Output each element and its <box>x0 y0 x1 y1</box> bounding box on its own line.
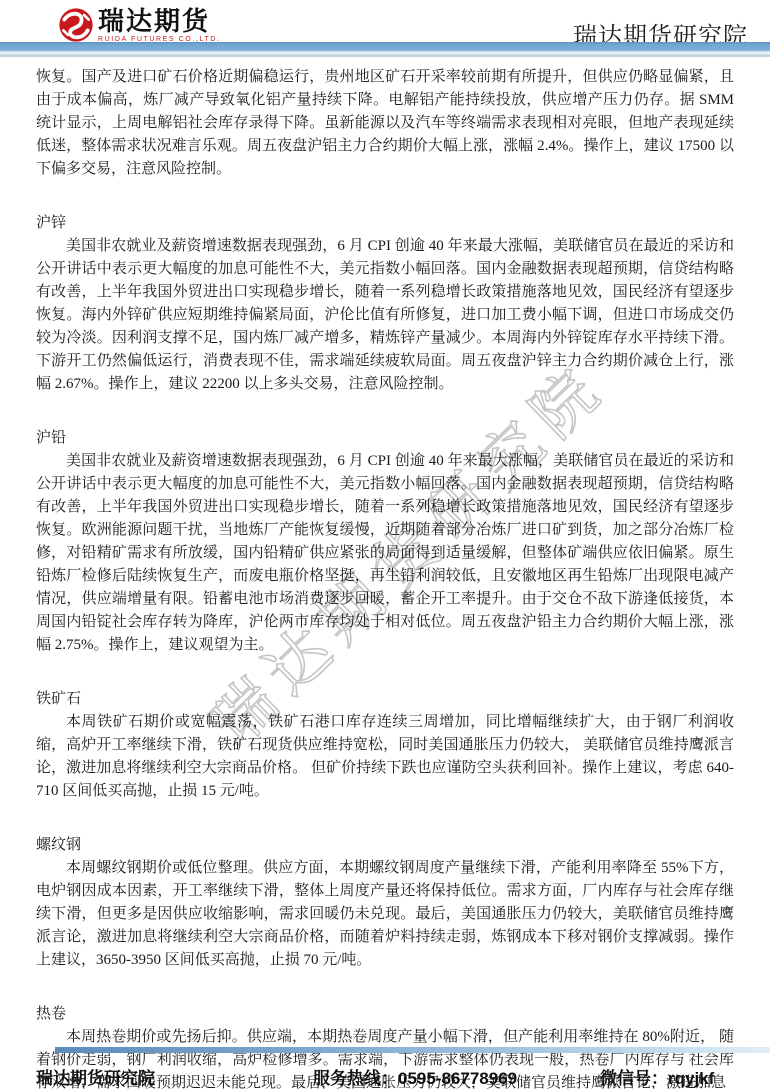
section-zinc: 沪锌 美国非农就业及薪资增速数据表现强劲，6 月 CPI 创逾 40 年来最大涨… <box>36 212 734 396</box>
page-header: 瑞达期货 RUIDA FUTURES CO.,LTD. 瑞达期货研究院 <box>0 0 770 42</box>
report-page: 瑞达期货 RUIDA FUTURES CO.,LTD. 瑞达期货研究院 瑞达期货… <box>0 0 770 1089</box>
section-body: 本周铁矿石期价或宽幅震荡，铁矿石港口库存连续三周增加，同比增幅继续扩大，由于钢厂… <box>36 711 734 803</box>
section-heading: 螺纹钢 <box>36 834 734 857</box>
footer-hotline: 服务热线：0595-86778969 <box>313 1064 517 1089</box>
brand-name: 瑞达期货 <box>98 7 221 35</box>
footer-divider-bar <box>55 1047 770 1053</box>
brand-logo: 瑞达期货 RUIDA FUTURES CO.,LTD. <box>58 7 221 43</box>
footer-institute: 瑞达期货研究院 <box>36 1064 155 1089</box>
section-heading: 热卷 <box>36 1003 734 1026</box>
footer-wechat-id: 微信号：rqyjkf <box>600 1064 714 1089</box>
page-footer: 瑞达期货研究院 服务热线：0595-86778969 微信号：rqyjkf <box>0 1060 770 1089</box>
section-iron-ore: 铁矿石 本周铁矿石期价或宽幅震荡，铁矿石港口库存连续三周增加，同比增幅继续扩大，… <box>36 688 734 803</box>
header-divider-bar <box>0 42 770 57</box>
brand-text: 瑞达期货 RUIDA FUTURES CO.,LTD. <box>98 7 221 43</box>
section-heading: 铁矿石 <box>36 688 734 711</box>
section-body: 美国非农就业及薪资增速数据表现强劲，6 月 CPI 创逾 40 年来最大涨幅，美… <box>36 450 734 657</box>
section-rebar: 螺纹钢 本周螺纹钢期价或低位整理。供应方面，本期螺纹钢周度产量继续下滑，产能利用… <box>36 834 734 972</box>
section-lead: 沪铅 美国非农就业及薪资增速数据表现强劲，6 月 CPI 创逾 40 年来最大涨… <box>36 427 734 657</box>
section-body: 美国非农就业及薪资增速数据表现强劲，6 月 CPI 创逾 40 年来最大涨幅，美… <box>36 235 734 396</box>
intro-paragraph: 恢复。国产及进口矿石价格近期偏稳运行，贵州地区矿石开采率较前期有所提升，但供应仍… <box>36 66 734 181</box>
section-body: 本周螺纹钢期价或低位整理。供应方面，本期螺纹钢周度产量继续下滑，产能利用率降至 … <box>36 857 734 972</box>
section-heading: 沪锌 <box>36 212 734 235</box>
ruida-logo-icon <box>58 7 94 43</box>
section-heading: 沪铅 <box>36 427 734 450</box>
report-body: 恢复。国产及进口矿石价格近期偏稳运行，贵州地区矿石开采率较前期有所提升，但供应仍… <box>36 66 734 1089</box>
